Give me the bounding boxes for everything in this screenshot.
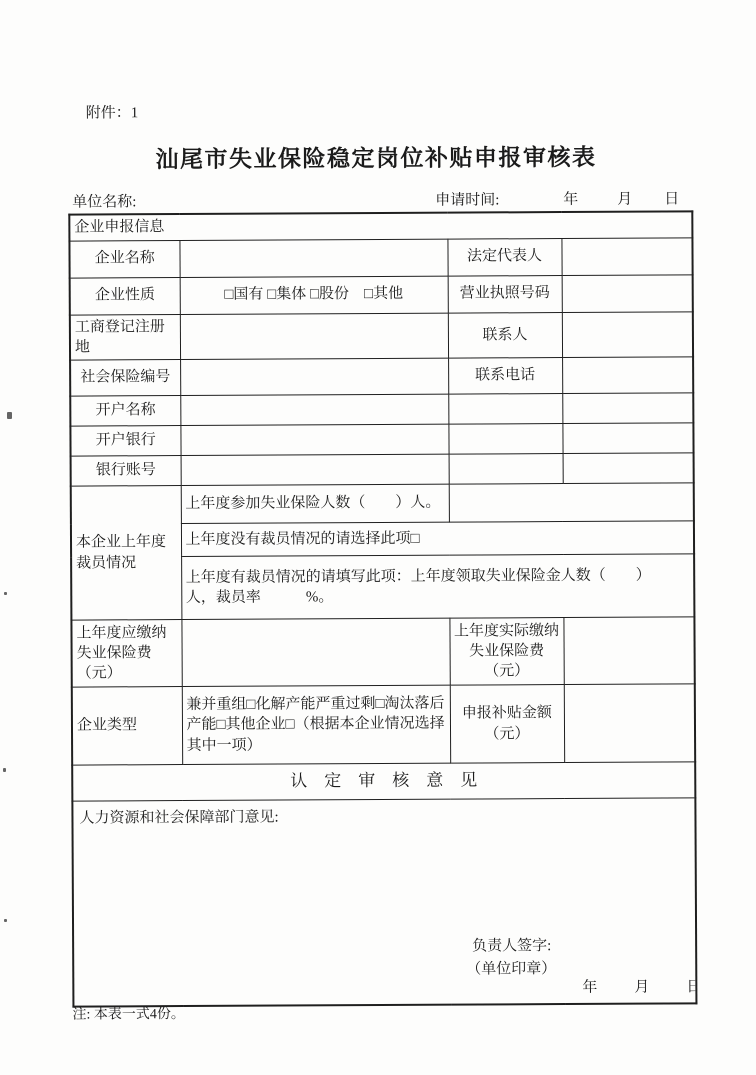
bank-name-extra-cell [448,424,562,455]
footer-note: 注: 本表一式4份。 [72,1003,184,1024]
account-name-field [180,394,448,425]
has-layoff-option-text: 上年度有裁员情况的请填写此项：上年度领取失业保险金人数（ ） 人，裁员率 %。 [181,554,694,620]
scan-artifact [4,592,7,595]
account-name-extra-cell [448,394,562,425]
company-nature-options: □国有 □集体 □股份 □其他 [180,276,448,314]
legal-rep-field [561,237,692,275]
scan-artifact [4,919,7,922]
subsidy-amount-field [564,684,695,763]
company-type-options: 兼并重组□化解产能严重过剩□淘汰落后产能□其他企业□（根据本企业情况选择其中一项… [182,685,450,764]
company-nature-label: 企业性质 [70,277,180,315]
social-insurance-no-label: 社会保险编号 [70,360,180,397]
apply-time-label: 申请时间: [435,188,499,209]
bank-name-field [180,424,448,455]
registered-address-label: 工商登记注册地 [70,314,180,360]
company-type-label: 企业类型 [72,687,182,766]
bank-account-field [181,454,449,485]
bank-account-label: 银行账号 [71,456,181,487]
payable-premium-label: 上年度应缴纳 失业保险费 （元） [71,620,181,688]
account-name-label: 开户名称 [70,396,180,427]
payable-premium-field [181,618,449,686]
scan-content: 附件：1 汕尾市失业保险稳定岗位补贴申报审核表 单位名称: 申请时间: 年 月 … [0,0,756,1075]
unit-name-label: 单位名称: [72,190,136,211]
account-name-extra-cell2 [562,393,693,424]
paid-premium-label: 上年度实际缴纳 失业保险费 （元） [449,618,563,686]
sign-month-label: 月 [634,978,649,998]
section-header-cell: 企业申报信息 [69,211,692,240]
apply-month-label: 月 [617,188,632,209]
seal-label: （单位印章） [466,959,556,980]
no-layoff-option-text: 上年度没有裁员情况的请选择此项□ [181,521,694,557]
bank-account-extra-cell2 [563,453,694,484]
insured-count-field [449,483,694,522]
sign-day-label: 日 [686,978,696,998]
review-section-header: 认 定 审 核 意 见 [72,762,695,801]
bank-name-label: 开户银行 [70,426,180,457]
application-table: 企业申报信息 企业名称 法定代表人 企业性质 □国有 □集体 □股份 □其他 营… [68,210,697,1007]
contact-person-field [562,311,693,357]
license-no-field [562,274,693,312]
dept-opinion-label: 人力资源和社会保障部门意见: [79,808,278,829]
contact-phone-field [562,357,693,394]
sign-year-label: 年 [582,978,597,998]
license-no-label: 营业执照号码 [448,275,562,313]
apply-day-label: 日 [664,187,679,208]
company-name-field [179,239,447,277]
form-title: 汕尾市失业保险稳定岗位补贴申报审核表 [0,138,754,175]
attachment-label: 附件：1 [86,101,139,122]
dept-opinion-cell: 人力资源和社会保障部门意见: 负责人签字: （单位印章） 年 月 日 [72,798,696,1006]
legal-rep-label: 法定代表人 [447,238,561,276]
scan-artifact [3,768,6,772]
subsidy-amount-label: 申报补贴金额 （元） [450,685,564,764]
contact-person-label: 联系人 [448,312,562,358]
bank-name-extra-cell2 [562,423,693,454]
company-name-label: 企业名称 [69,240,179,278]
scanned-form-page: 附件：1 汕尾市失业保险稳定岗位补贴申报审核表 单位名称: 申请时间: 年 月 … [0,0,756,1075]
signer-label: 负责人签字: [472,936,551,957]
social-insurance-no-field [180,358,448,395]
contact-phone-label: 联系电话 [448,358,562,395]
paid-premium-field [563,617,694,685]
layoff-section-label: 本企业上年度 裁员情况 [71,486,182,621]
insured-count-text: 上年度参加失业保险人数（ ）人。 [181,484,449,523]
bank-account-extra-cell [449,454,563,485]
apply-year-label: 年 [563,188,578,209]
registered-address-field [180,313,448,360]
scan-artifact [7,412,12,419]
